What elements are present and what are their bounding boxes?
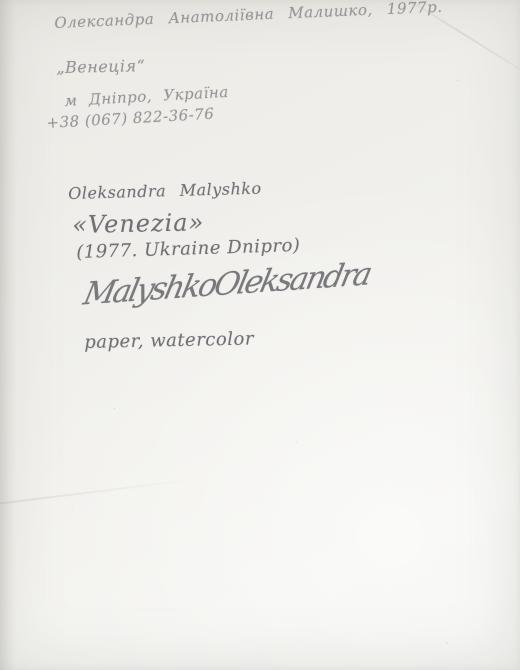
paper-crease-bottom-left xyxy=(0,478,199,508)
handwritten-title-en: «Venezia» xyxy=(72,208,205,239)
artist-signature: MalyshkoOleksandra xyxy=(80,256,373,313)
handwritten-year-origin: (1977. Ukraine Dnipro) xyxy=(76,235,301,263)
handwritten-media-line: paper, watercolor xyxy=(84,328,254,353)
handwritten-title-uk: „Венеція“ xyxy=(56,56,145,77)
paper-crease-left-edge xyxy=(0,0,16,670)
artwork-back-photo: Олександра Анатоліївна Малишко, 1977р. „… xyxy=(0,0,520,670)
handwritten-artist-name-uk: Олександра Анатоліївна Малишко, 1977р. xyxy=(54,0,443,32)
handwritten-artist-name-en: Oleksandra Malyshko xyxy=(68,179,262,203)
